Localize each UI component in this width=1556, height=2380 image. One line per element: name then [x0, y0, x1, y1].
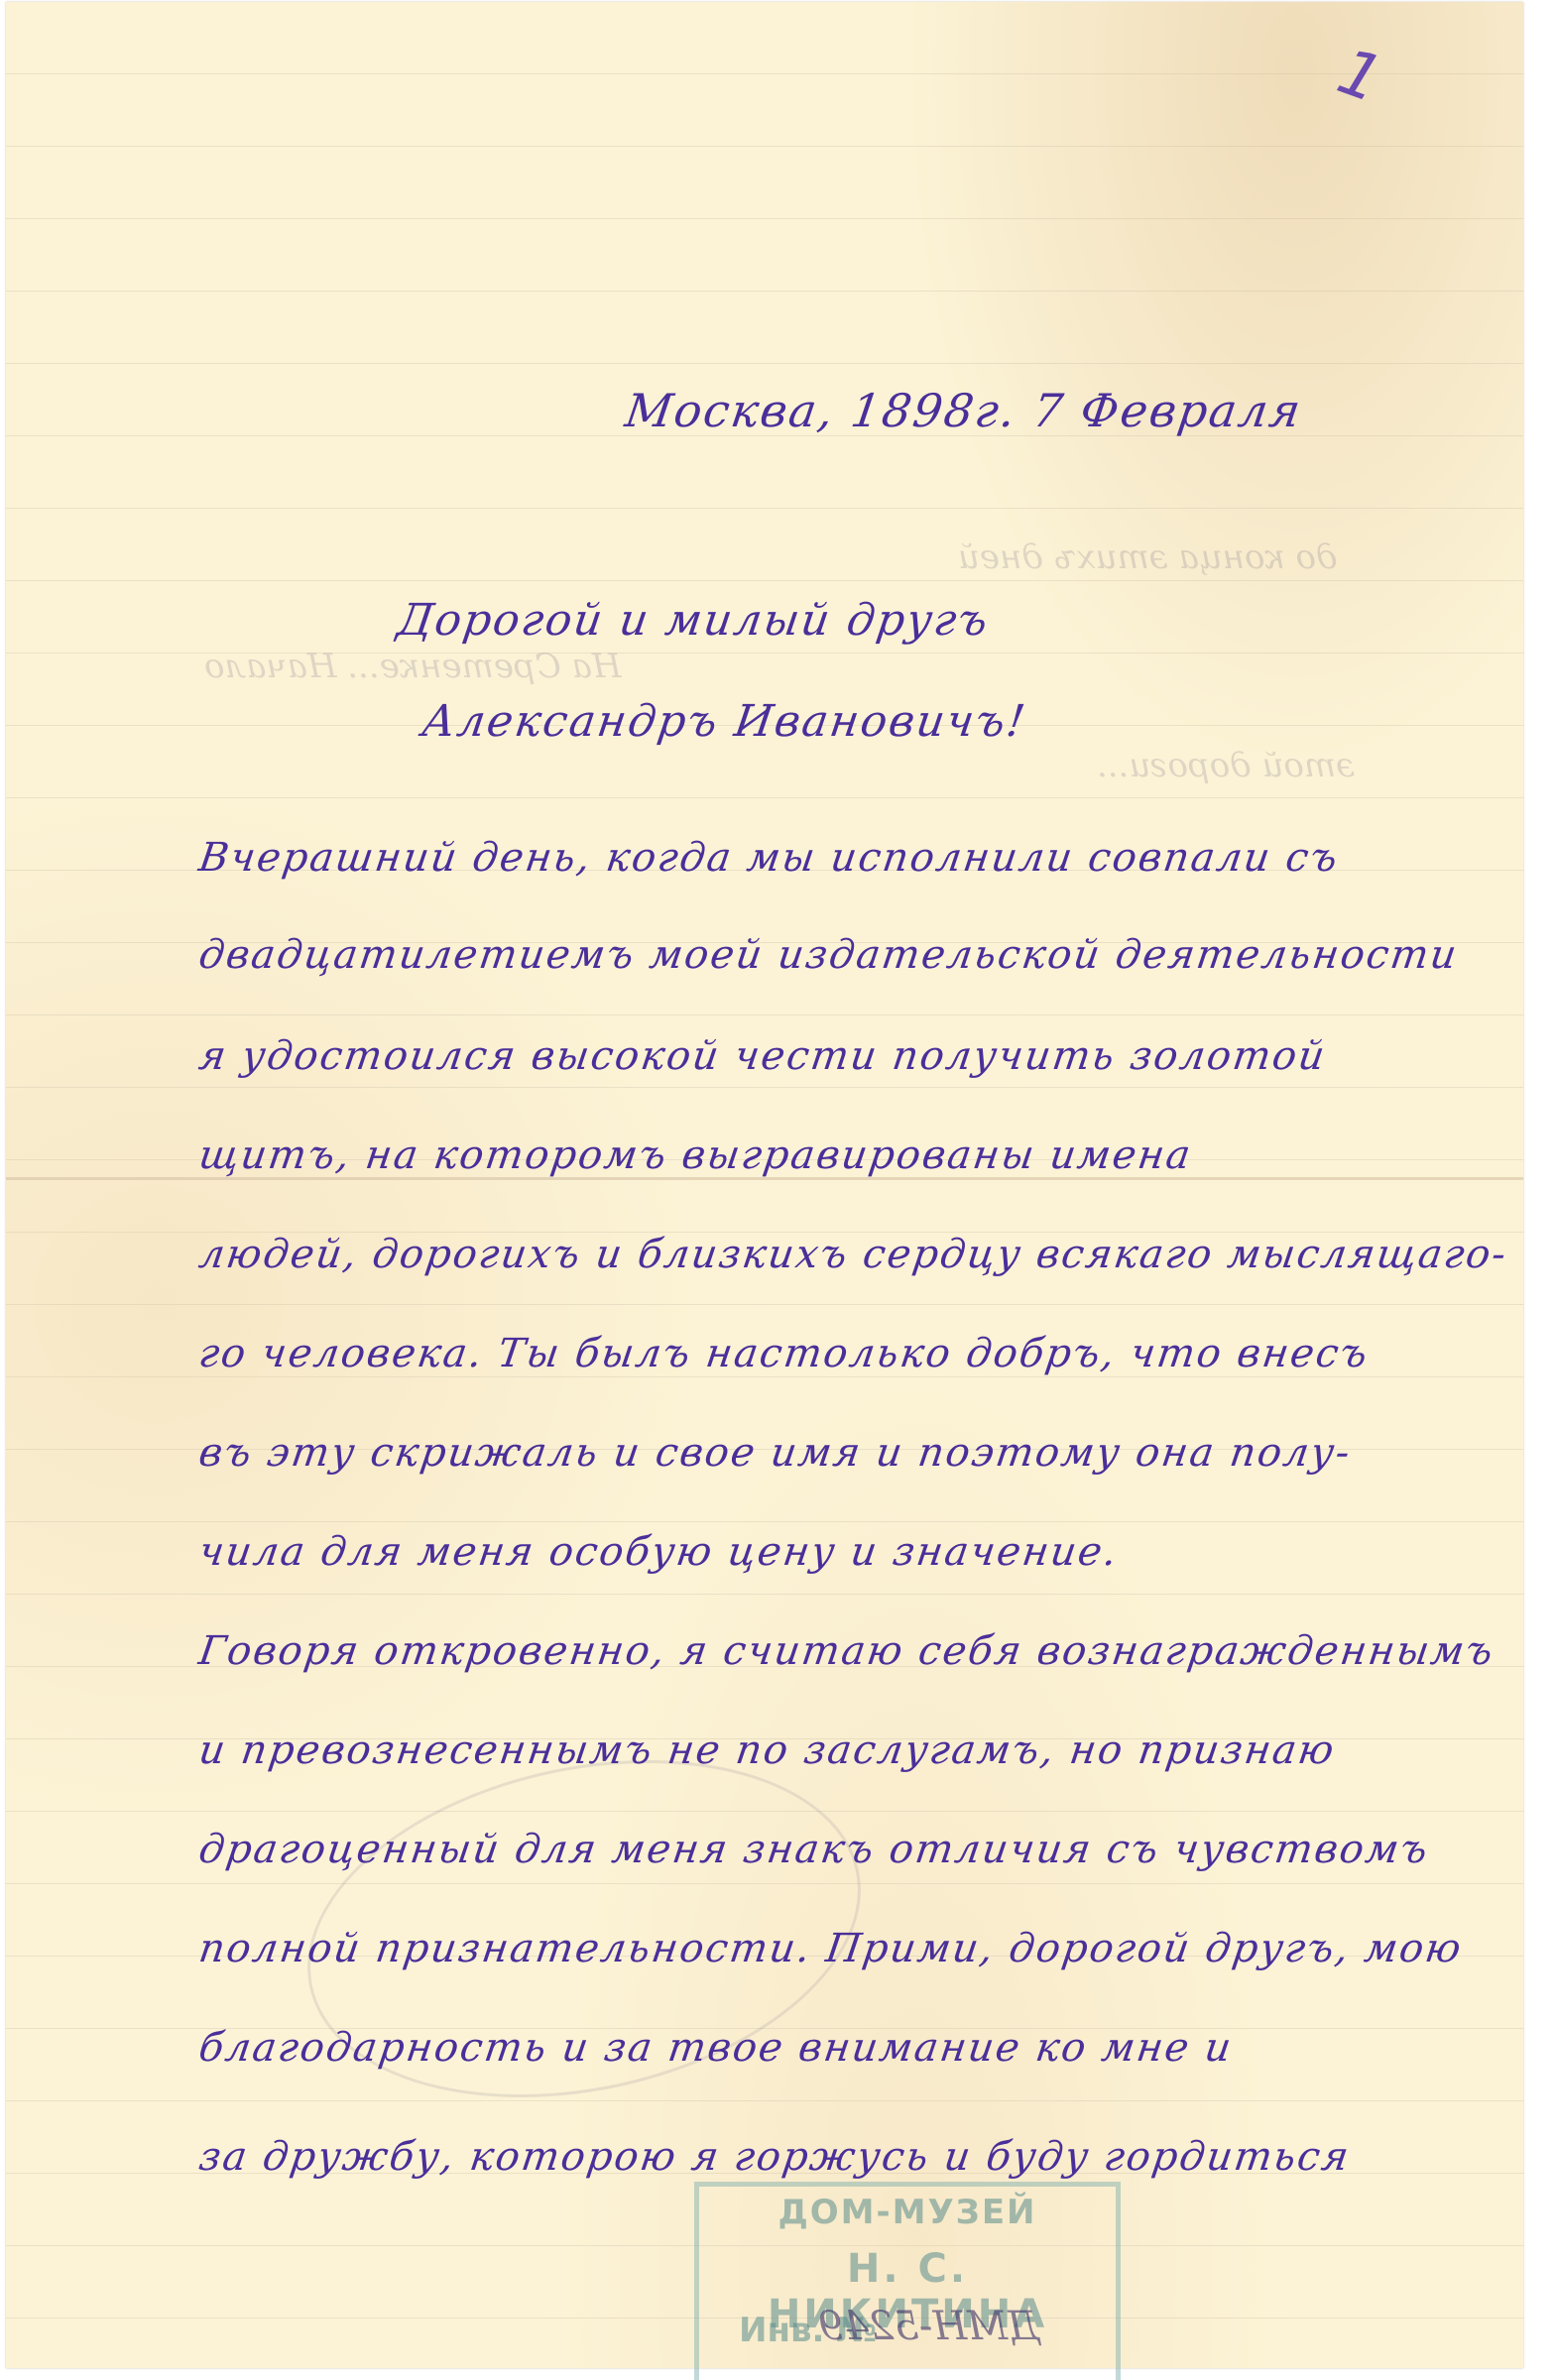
body-line: Говоря откровенно, я считаю себя вознагр… — [196, 1628, 1497, 1674]
body-line: двадцатилетиемъ моей издательской деятел… — [196, 932, 1462, 978]
salutation-line-2: Александръ Ивановичъ! — [419, 696, 1029, 747]
letter-page: до конца этихъ дней На Сретенке... Начал… — [6, 2, 1523, 2368]
body-line: я удостоился высокой чести получить золо… — [196, 1033, 1330, 1079]
stamp-museum-name: ДОМ-МУЗЕЙ — [699, 2193, 1116, 2232]
body-line: благодарность и за твое внимание ко мне … — [196, 2025, 1236, 2071]
body-line: чила для меня особую цену и значение. — [196, 1529, 1122, 1575]
salutation-line-1: Дорогой и милый другъ — [394, 595, 993, 646]
museum-inventory-stamp: ДОМ-МУЗЕЙ Н. С. НИКИТИНА Инв. № ДМН-5249 — [694, 2182, 1121, 2380]
body-line: го человека. Ты былъ настолько добръ, чт… — [196, 1331, 1373, 1376]
body-line: въ эту скрижаль и свое имя и поэтому она… — [196, 1430, 1355, 1476]
body-line: полной признательности. Прими, дорогой д… — [196, 1926, 1466, 1971]
stamp-inventory-number: ДМН-5249 — [818, 2304, 1040, 2349]
body-line: щитъ, на которомъ выгравированы имена — [196, 1132, 1195, 1178]
body-line: за дружбу, которою я горжусь и буду горд… — [196, 2134, 1354, 2180]
body-line: Вчерашний день, когда мы исполнили совпа… — [196, 835, 1342, 881]
body-line: и превознесеннымъ не по заслугамъ, но пр… — [196, 1727, 1339, 1773]
bleed-through-text: этой дороги... — [1097, 746, 1355, 785]
bleed-through-text: На Сретенке... Начало — [204, 647, 622, 686]
page-number: 1 — [1329, 35, 1392, 117]
body-line: драгоценный для меня знакъ отличия съ чу… — [196, 1827, 1432, 1872]
body-line: людей, дорогихъ и близкихъ сердцу всякаг… — [196, 1232, 1510, 1277]
bleed-through-text: до конца этихъ дней — [958, 537, 1338, 577]
date-line: Москва, 1898г. 7 Февраля — [622, 384, 1305, 437]
